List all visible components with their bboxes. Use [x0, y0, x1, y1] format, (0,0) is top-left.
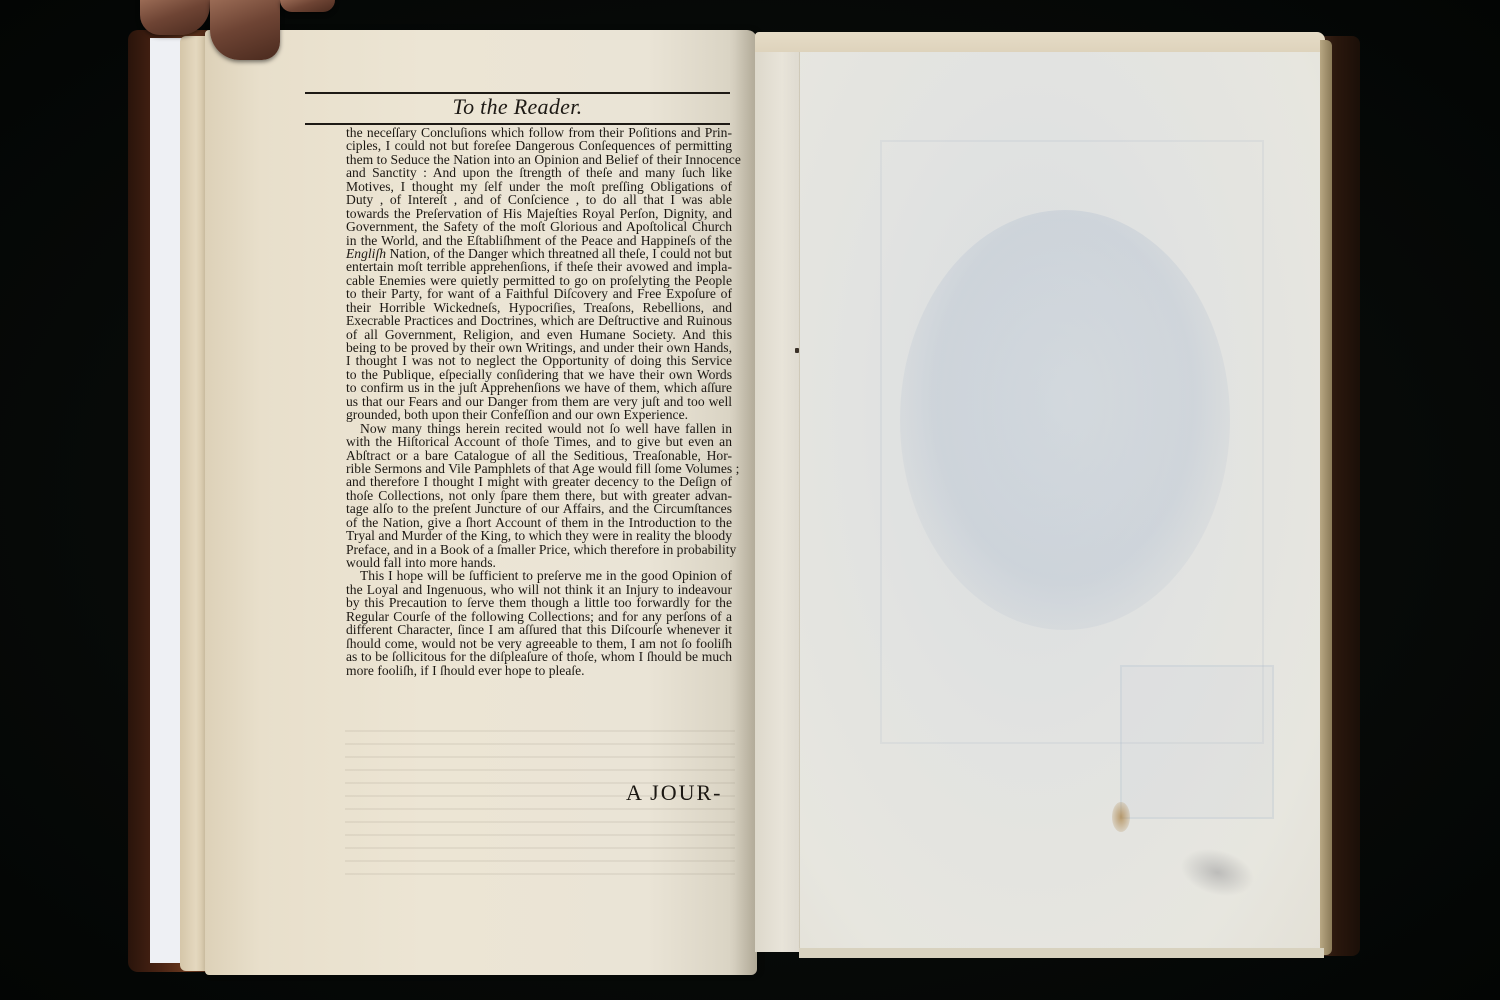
- text-line: Regular Courſe of the following Collecti…: [346, 610, 732, 623]
- text-line: to their Party, for want of a Faithful D…: [346, 287, 732, 300]
- catchword: A JOUR-: [626, 780, 723, 806]
- text-line: being to be proved by their own Writings…: [346, 341, 732, 354]
- text-line: towards the Preſervation of His Majeſtie…: [346, 207, 732, 220]
- text-line: This I hope will be ſufficient to preſer…: [346, 569, 732, 582]
- text-line: of the Nation, give a ſhort Account of t…: [346, 516, 732, 529]
- text-line: would fall into more hands.: [346, 556, 732, 569]
- text-line: ciples, I could not but foreſee Dangerou…: [346, 139, 732, 152]
- right-page-block-edges: [1320, 40, 1332, 955]
- text-line: I thought I was not to neglect the Oppor…: [346, 354, 732, 367]
- offset-portrait-plinth: [1120, 665, 1274, 819]
- right-page-bottom-edge: [799, 948, 1324, 958]
- text-line: of all Government, Religion, and even Hu…: [346, 328, 732, 341]
- text-line: cable Enemies were quietly permitted to …: [346, 274, 732, 287]
- text-line: rible Sermons and Vile Pamphlets of that…: [346, 462, 732, 475]
- text-line: and therefore I thought I might with gre…: [346, 475, 732, 488]
- running-head: To the Reader.: [305, 94, 730, 120]
- text-line: Government, the Safety of the moſt Glori…: [346, 220, 732, 233]
- binding-stub: [755, 52, 800, 952]
- text-line: Preface, and in a Book of a ſmaller Pric…: [346, 543, 732, 556]
- text-line: Motives, I thought my ſelf under the moſ…: [346, 180, 732, 193]
- right-page-top-edge: [755, 32, 1325, 54]
- gutter-shadow: [729, 30, 757, 975]
- text-line: different Character, ſince I am aſſured …: [346, 623, 732, 636]
- text-line: thoſe Collections, not only ſpare them t…: [346, 489, 732, 502]
- text-line: to the Publique, eſpecially conſidering …: [346, 368, 732, 381]
- foxing-stain: [1112, 802, 1130, 832]
- text-line: Tryal and Murder of the King, to which t…: [346, 529, 732, 542]
- paper-blemish: [795, 348, 799, 353]
- left-page: To the Reader. the neceſſary Concluſions…: [205, 30, 757, 975]
- text-line: entertain moſt terrible apprehenſions, i…: [346, 260, 732, 273]
- text-line: as to be ſollicitous for the diſpleaſure…: [346, 650, 732, 663]
- page-weight-2: [210, 0, 280, 60]
- text-line: grounded, both upon their Confeſſion and…: [346, 408, 732, 421]
- text-line: more fooliſh, if I ſhould ever hope to p…: [346, 664, 732, 677]
- text-line: with the Hiſtorical Account of thoſe Tim…: [346, 435, 732, 448]
- text-line: Duty , of Intereſt , and of Conſcience ,…: [346, 193, 732, 206]
- text-line: and Sanctity : And upon the ſtrength of …: [346, 166, 732, 179]
- body-text: the neceſſary Concluſions which follow f…: [346, 126, 732, 677]
- text-line: Abſtract or a bare Catalogue of all the …: [346, 449, 732, 462]
- text-line: the Loyal and Ingenuous, who will not th…: [346, 583, 732, 596]
- text-line: them to Seduce the Nation into an Opinio…: [346, 153, 732, 166]
- text-line: in the World, and the Eſtabliſhment of t…: [346, 234, 732, 247]
- text-line: by this Precaution to ſerve them though …: [346, 596, 732, 609]
- text-line: ſhould come, would not be very agreeable…: [346, 637, 732, 650]
- text-line: us that our Fears and our Danger from th…: [346, 395, 732, 408]
- book-photograph: To the Reader. the neceſſary Concluſions…: [0, 0, 1500, 1000]
- offset-portrait-oval: [900, 210, 1230, 630]
- page-weight-3: [280, 0, 335, 12]
- text-line: Engliſh Nation, of the Danger which thre…: [346, 247, 732, 260]
- text-line: their Horrible Wickedneſs, Hypocriſies, …: [346, 301, 732, 314]
- text-line: Now many things herein recited would not…: [346, 422, 732, 435]
- text-line: Execrable Practices and Doctrines, which…: [346, 314, 732, 327]
- text-line: the neceſſary Concluſions which follow f…: [346, 126, 732, 139]
- text-line: to confirm us in the juſt Apprehenſions …: [346, 381, 732, 394]
- text-line: tage alſo to the preſent Juncture of our…: [346, 502, 732, 515]
